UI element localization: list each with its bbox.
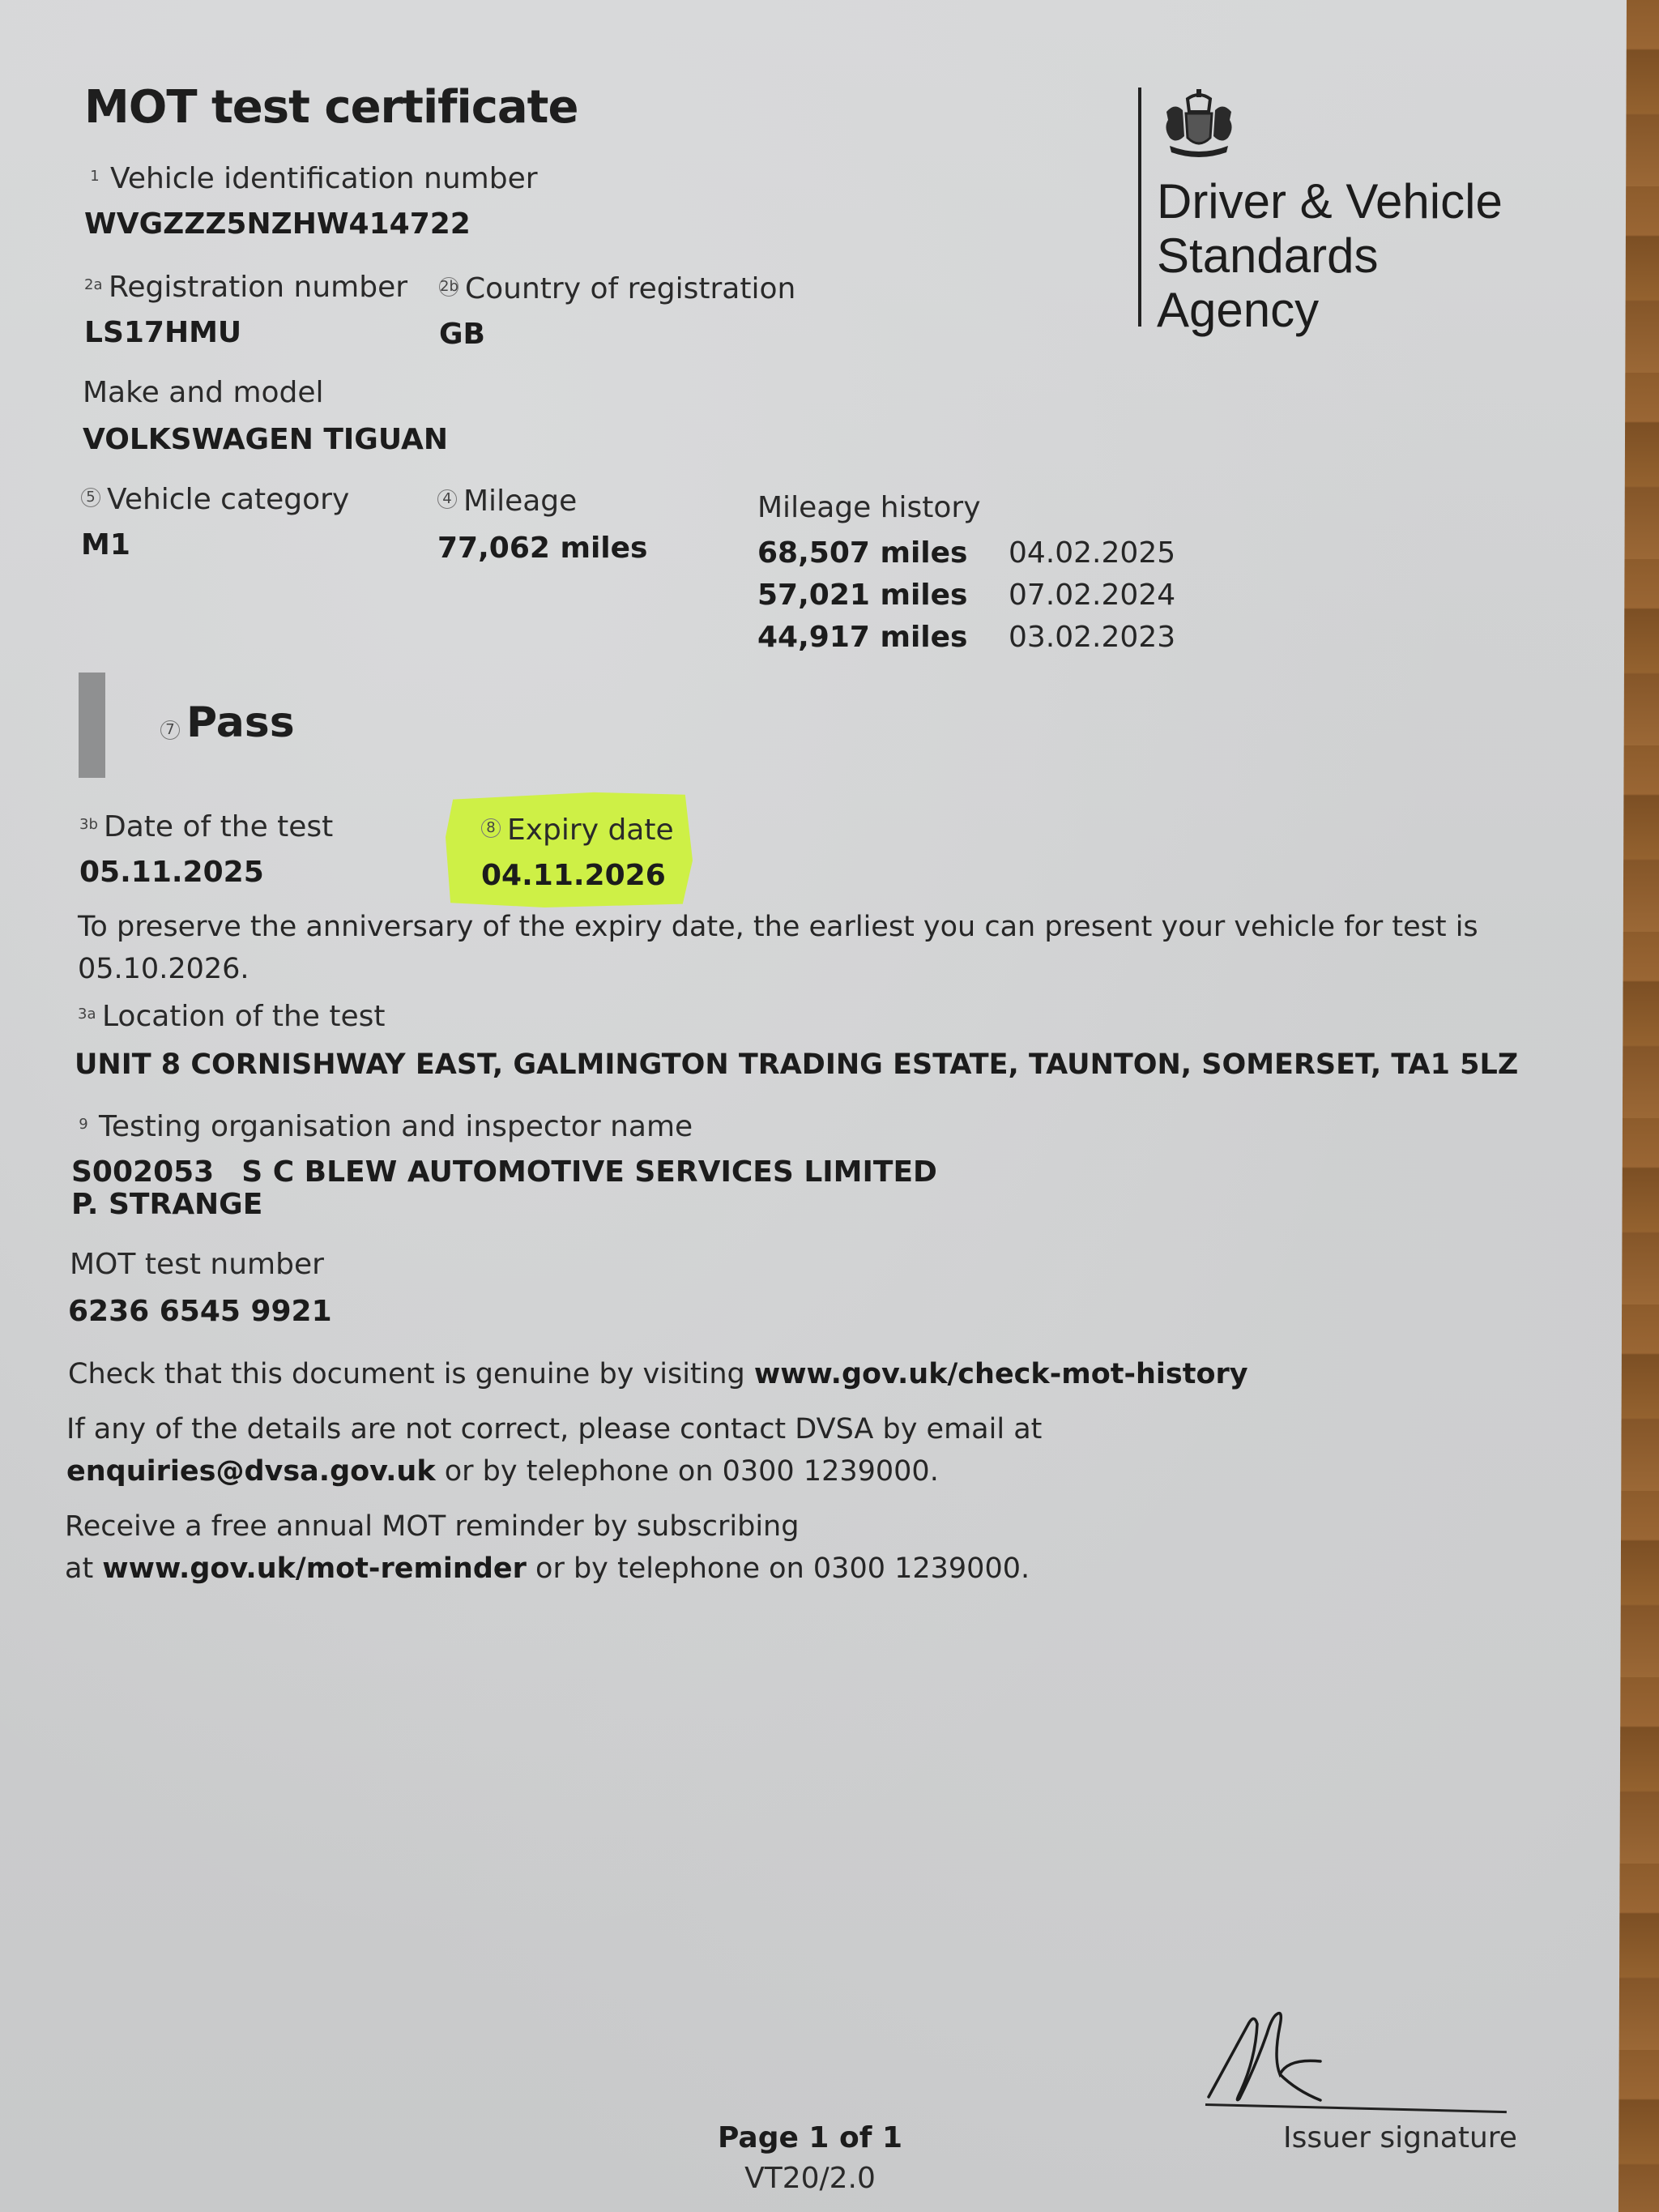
logo-divider xyxy=(1138,88,1141,327)
result-indicator-bar xyxy=(79,673,105,778)
expiry-date-value: 04.11.2026 xyxy=(481,859,666,892)
registration-label-text: Registration number xyxy=(109,271,407,304)
testing-org-name: S C BLEW AUTOMOTIVE SERVICES LIMITED xyxy=(241,1155,937,1189)
mileage-label: 4Mileage xyxy=(437,485,577,518)
test-number-value: 6236 6545 9921 xyxy=(68,1295,332,1328)
expiry-date-label-text: Expiry date xyxy=(507,813,674,847)
issuer-name-line-1: Driver & Vehicle xyxy=(1157,174,1503,228)
vin-label: 1Vehicle identification number xyxy=(86,162,538,195)
issuer-signature-icon xyxy=(1199,2001,1393,2115)
vin-value: WVGZZZ5NZHW414722 xyxy=(84,207,471,241)
reminder-notice-line-1: Receive a free annual MOT reminder by su… xyxy=(65,1505,1030,1548)
contact-phone-text: or by telephone on 0300 1239000. xyxy=(436,1455,939,1488)
field-marker-5: 5 xyxy=(81,488,100,507)
issuer-signature-label: Issuer signature xyxy=(1283,2121,1517,2154)
mileage-history-date-3: 03.02.2023 xyxy=(1009,621,1175,654)
mileage-value: 77,062 miles xyxy=(437,532,648,565)
location-label-text: Location of the test xyxy=(102,1000,386,1033)
check-mot-history-link[interactable]: www.gov.uk/check-mot-history xyxy=(754,1358,1248,1390)
testing-site-number: S002053 xyxy=(71,1155,214,1189)
anniversary-note: To preserve the anniversary of the expir… xyxy=(78,906,1584,990)
field-marker-2a: 2a xyxy=(84,276,102,294)
mileage-history-label: Mileage history xyxy=(757,491,981,524)
royal-coat-of-arms-icon xyxy=(1158,88,1239,162)
page-number: Page 1 of 1 xyxy=(705,2121,915,2154)
reminder-notice: Receive a free annual MOT reminder by su… xyxy=(65,1505,1030,1590)
vehicle-category-value: M1 xyxy=(81,528,130,562)
test-date-label-text: Date of the test xyxy=(104,810,333,843)
contact-notice: If any of the details are not correct, p… xyxy=(66,1408,1042,1492)
vehicle-category-label-text: Vehicle category xyxy=(107,483,349,516)
testing-org-label-text: Testing organisation and inspector name xyxy=(99,1110,693,1143)
field-marker-8: 8 xyxy=(481,818,501,838)
registration-label: 2aRegistration number xyxy=(84,271,407,304)
reminder-at-text: at xyxy=(65,1552,102,1585)
mileage-history-miles-3: 44,917 miles xyxy=(757,621,968,654)
testing-org-label: 9Testing organisation and inspector name xyxy=(75,1110,693,1143)
location-value: UNIT 8 CORNISHWAY EAST, GALMINGTON TRADI… xyxy=(75,1048,1518,1081)
field-marker-9: 9 xyxy=(75,1116,92,1134)
mileage-label-text: Mileage xyxy=(463,485,577,518)
mileage-history-miles-2: 57,021 miles xyxy=(757,579,968,612)
contact-notice-line-1: If any of the details are not correct, p… xyxy=(66,1408,1042,1450)
mileage-history-date-2: 07.02.2024 xyxy=(1009,579,1175,612)
result-status-text: Pass xyxy=(186,698,295,747)
anniversary-note-line-1: To preserve the anniversary of the expir… xyxy=(78,906,1584,948)
vehicle-category-label: 5Vehicle category xyxy=(81,483,349,516)
expiry-date-label: 8Expiry date xyxy=(481,813,674,847)
form-code: VT20/2.0 xyxy=(705,2162,915,2195)
inspector-name: P. STRANGE xyxy=(71,1188,262,1221)
location-label: 3aLocation of the test xyxy=(78,1000,386,1033)
mileage-history-miles-1: 68,507 miles xyxy=(757,536,968,570)
make-model-value: VOLKSWAGEN TIGUAN xyxy=(83,423,448,456)
issuer-name-line-3: Agency xyxy=(1157,283,1503,337)
make-model-label: Make and model xyxy=(83,376,324,409)
dvsa-email-link[interactable]: enquiries@dvsa.gov.uk xyxy=(66,1455,436,1488)
country-label: 2bCountry of registration xyxy=(439,272,795,305)
test-date-label: 3bDate of the test xyxy=(79,810,333,843)
registration-value: LS17HMU xyxy=(84,316,241,349)
testing-org-value: S002053S C BLEW AUTOMOTIVE SERVICES LIMI… xyxy=(71,1155,937,1189)
genuine-check-text: Check that this document is genuine by v… xyxy=(68,1358,754,1390)
country-value: GB xyxy=(439,318,485,351)
field-marker-2b: 2b xyxy=(439,277,458,297)
test-number-label: MOT test number xyxy=(70,1248,324,1281)
genuine-check-notice: Check that this document is genuine by v… xyxy=(68,1353,1248,1395)
vin-label-text: Vehicle identification number xyxy=(110,162,538,195)
issuer-name-line-2: Standards xyxy=(1157,228,1503,283)
country-label-text: Country of registration xyxy=(465,272,795,305)
field-marker-3a: 3a xyxy=(78,1006,96,1023)
result-status: 7Pass xyxy=(160,698,295,747)
field-marker-3b: 3b xyxy=(79,816,97,834)
anniversary-note-line-2: 05.10.2026. xyxy=(78,948,1584,990)
certificate-page: MOT test certificate Driver & Vehicle St… xyxy=(0,0,1627,2212)
field-marker-7: 7 xyxy=(160,720,180,740)
page-title: MOT test certificate xyxy=(84,81,578,134)
mileage-history-date-1: 04.02.2025 xyxy=(1009,536,1175,570)
mot-reminder-link[interactable]: www.gov.uk/mot-reminder xyxy=(102,1552,527,1585)
test-date-value: 05.11.2025 xyxy=(79,856,264,889)
reminder-phone-text: or by telephone on 0300 1239000. xyxy=(527,1552,1030,1585)
field-marker-1: 1 xyxy=(86,168,104,186)
issuer-name: Driver & Vehicle Standards Agency xyxy=(1157,174,1503,337)
field-marker-4: 4 xyxy=(437,489,457,509)
